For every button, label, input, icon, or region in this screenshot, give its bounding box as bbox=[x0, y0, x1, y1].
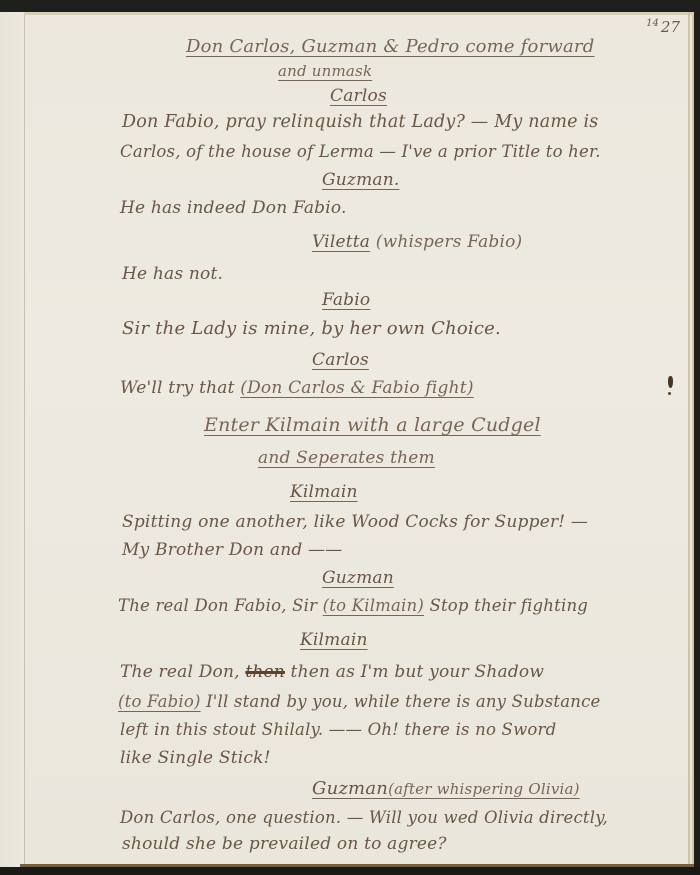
stage-direction: Enter Kilmain with a large Cudgel bbox=[204, 414, 541, 436]
speech-line: He has not. bbox=[122, 264, 223, 284]
scan-top-border bbox=[0, 0, 700, 12]
speaker-name: Fabio bbox=[322, 290, 370, 310]
speech-text: Stop their fighting bbox=[429, 596, 588, 615]
folio-number-main: 27 bbox=[661, 18, 680, 36]
folio-number: 1427 bbox=[646, 18, 680, 36]
page-binding-gutter bbox=[0, 12, 25, 867]
scan-bottom-border bbox=[0, 867, 700, 875]
stage-direction: (Don Carlos & Fabio fight) bbox=[240, 378, 473, 398]
stage-direction: (after whispering Olivia) bbox=[388, 780, 580, 798]
speaker-name: Guzman bbox=[312, 778, 388, 799]
speech-line: Spitting one another, like Wood Cocks fo… bbox=[122, 512, 588, 532]
speech-line: like Single Stick! bbox=[120, 748, 271, 768]
manuscript-page: 1427 Don Carlos, Guzman & Pedro come for… bbox=[0, 12, 694, 867]
struck-text: then bbox=[245, 662, 285, 682]
speech-line: Sir the Lady is mine, by her own Choice. bbox=[122, 318, 501, 339]
speech-text: then as I'm but your Shadow bbox=[291, 662, 545, 682]
stage-direction: (to Fabio) bbox=[118, 692, 201, 711]
speech-line: (to Fabio) I'll stand by you, while ther… bbox=[118, 692, 601, 711]
speech-text: I'll stand by you, while there is any Su… bbox=[206, 692, 600, 711]
speech-line: We'll try that (Don Carlos & Fabio fight… bbox=[120, 378, 474, 398]
speech-line: My Brother Don and —— bbox=[122, 540, 342, 560]
speech-line: He has indeed Don Fabio. bbox=[120, 198, 347, 218]
speech-line: Carlos, of the house of Lerma — I've a p… bbox=[120, 142, 601, 161]
speech-line: should she be prevailed on to agree? bbox=[122, 834, 447, 854]
folio-number-small: 14 bbox=[646, 18, 659, 29]
speaker-name: Kilmain bbox=[300, 630, 368, 650]
speaker-name: Carlos bbox=[312, 350, 369, 370]
stage-direction: and unmask bbox=[278, 62, 372, 80]
speech-text: The real Don, bbox=[120, 662, 240, 682]
speaker-name: Viletta bbox=[312, 232, 370, 252]
speech-line: Don Carlos, one question. — Will you wed… bbox=[120, 808, 608, 827]
ink-spot bbox=[668, 392, 671, 395]
stage-direction: and Seperates them bbox=[258, 448, 435, 468]
ink-blot bbox=[668, 376, 673, 388]
speaker-name: Kilmain bbox=[290, 482, 358, 502]
page-right-edge bbox=[688, 12, 690, 867]
speech-line: The real Don Fabio, Sir (to Kilmain) Sto… bbox=[118, 596, 588, 615]
speaker-line: Guzman(after whispering Olivia) bbox=[312, 778, 580, 799]
speaker-name: Carlos bbox=[330, 86, 387, 106]
stage-direction: (whispers Fabio) bbox=[376, 232, 523, 252]
speech-line: The real Don, then then as I'm but your … bbox=[120, 662, 544, 682]
stage-direction: (to Kilmain) bbox=[323, 596, 424, 615]
speech-line: left in this stout Shilaly. —— Oh! there… bbox=[120, 720, 556, 739]
manuscript-viewer: 1427 Don Carlos, Guzman & Pedro come for… bbox=[0, 0, 700, 875]
speech-line: Don Fabio, pray relinquish that Lady? — … bbox=[122, 112, 598, 132]
stage-direction: Don Carlos, Guzman & Pedro come forward bbox=[186, 36, 594, 57]
page-top-edge bbox=[24, 12, 694, 15]
speech-text: We'll try that bbox=[120, 378, 235, 398]
speech-text: The real Don Fabio, Sir bbox=[118, 596, 317, 615]
speaker-name: Guzman. bbox=[322, 170, 400, 190]
speaker-line: Viletta (whispers Fabio) bbox=[312, 232, 522, 252]
speaker-name: Guzman bbox=[322, 568, 394, 588]
